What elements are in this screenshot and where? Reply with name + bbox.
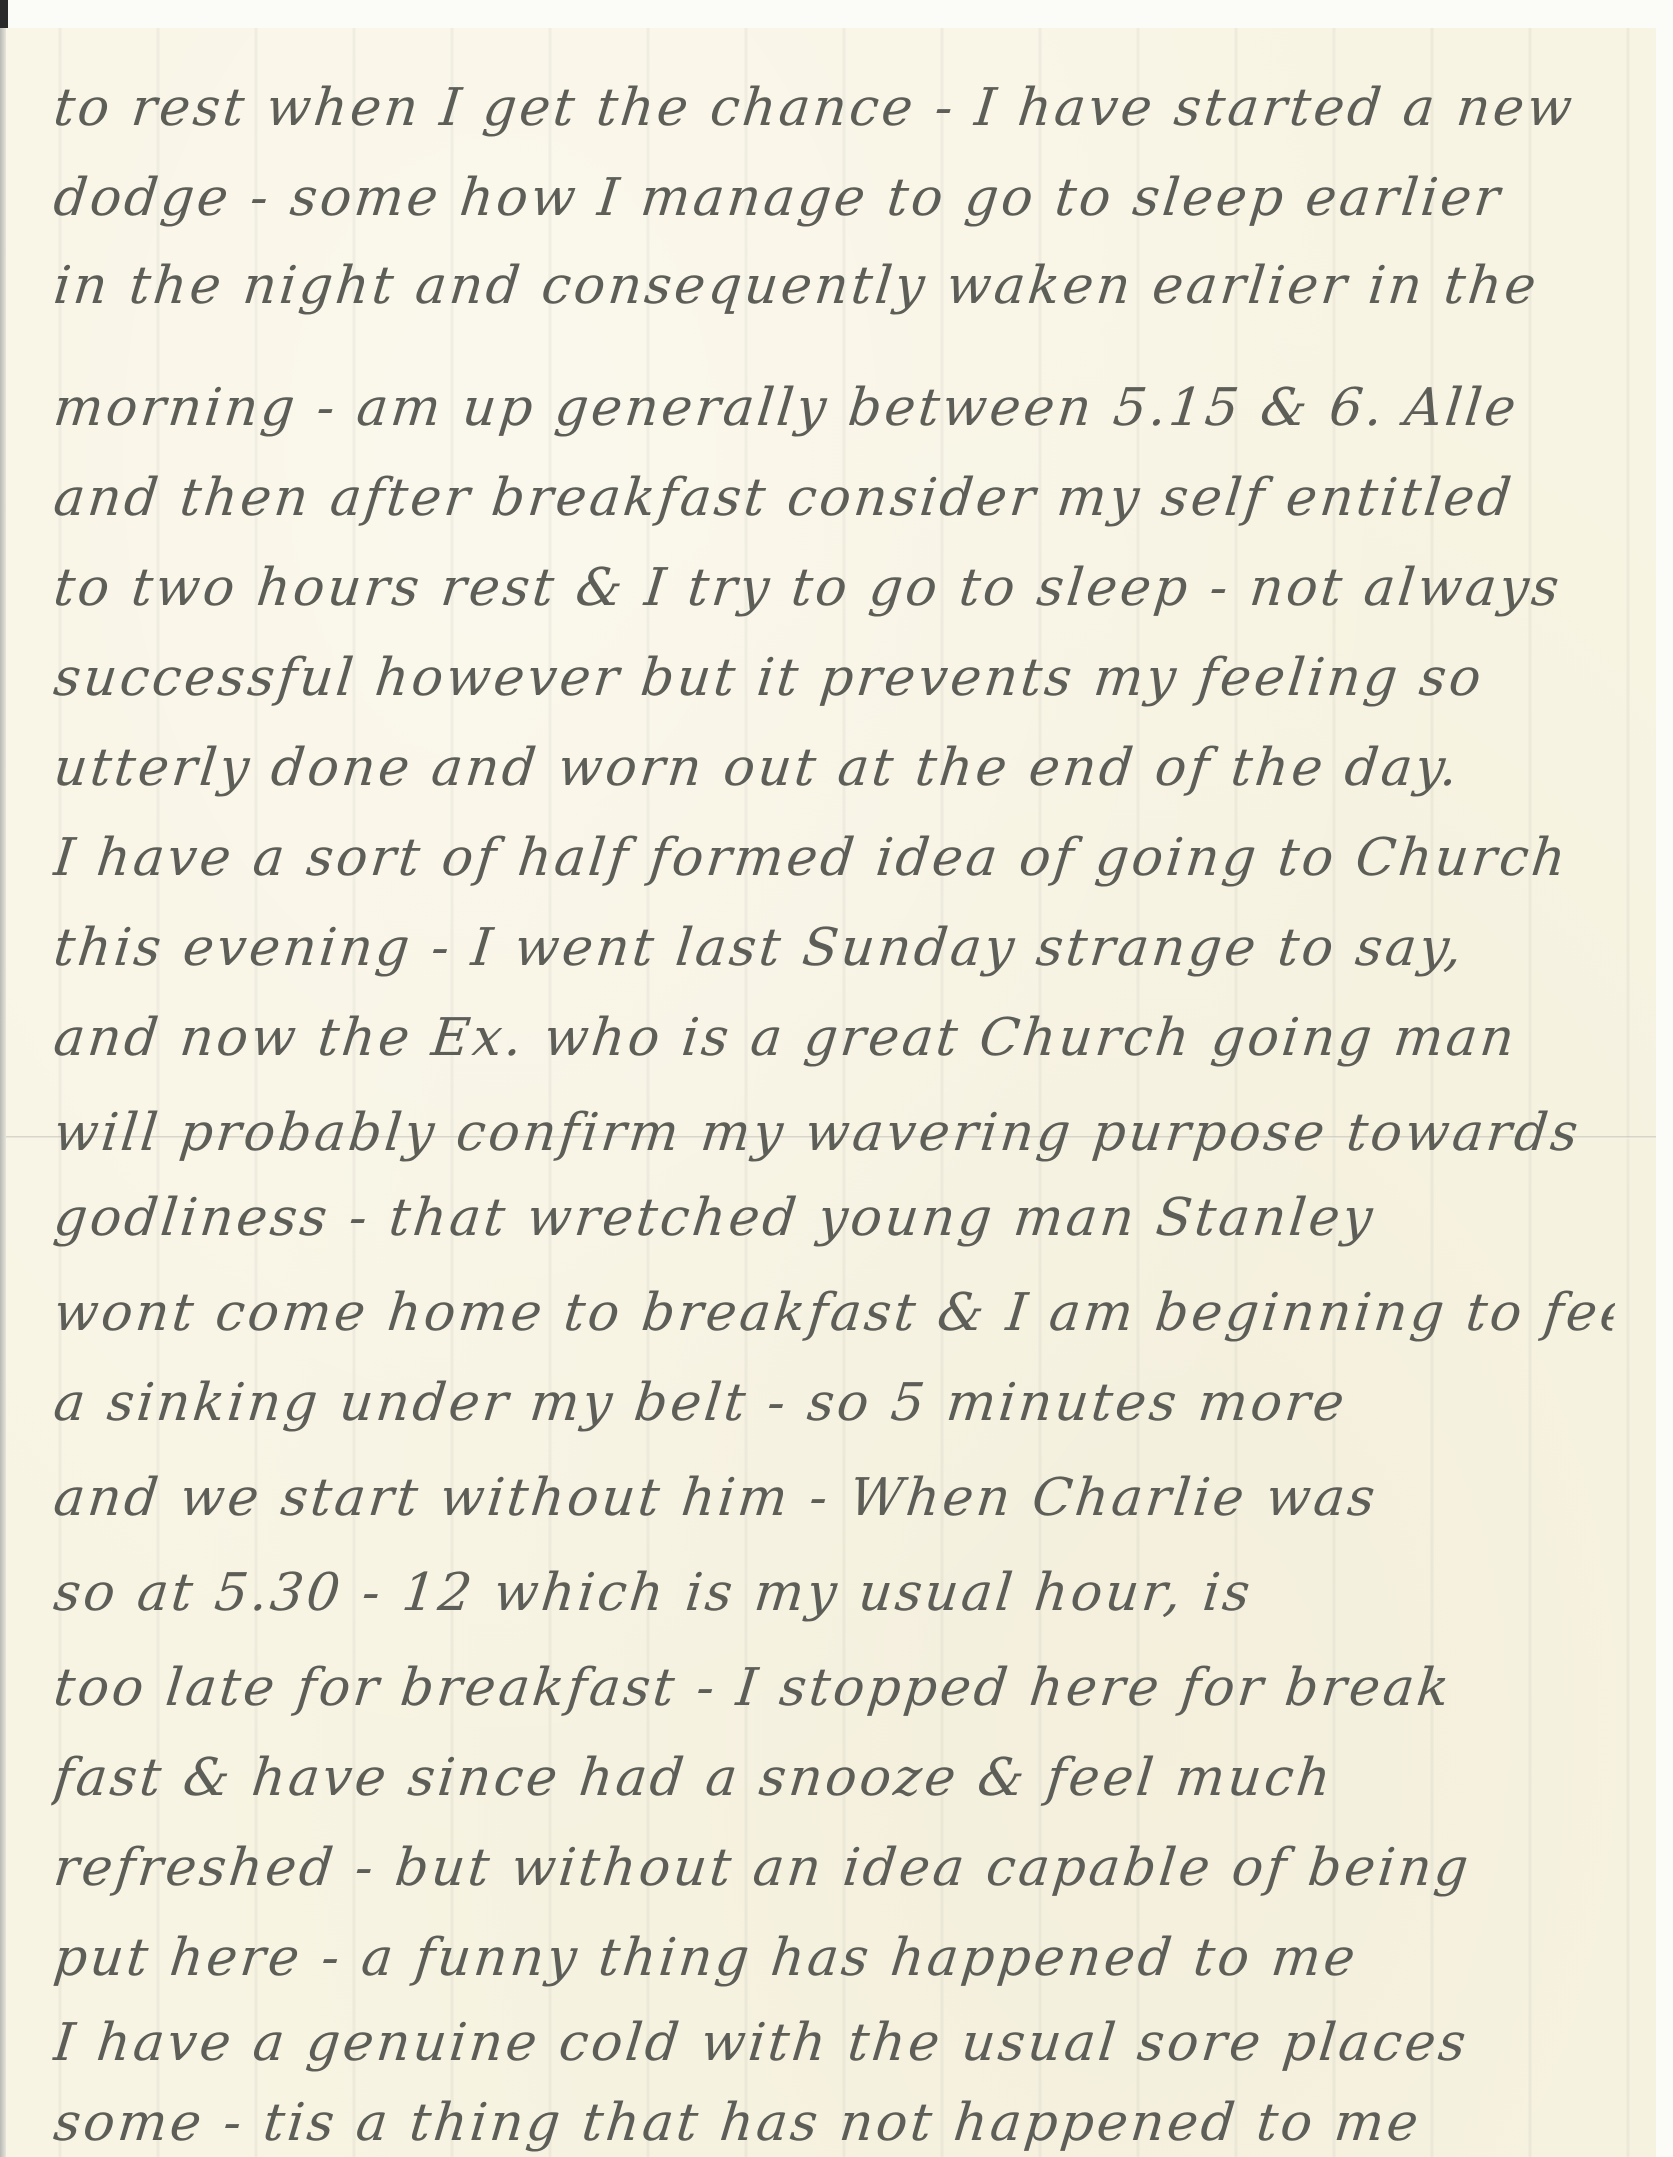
text-line: morning - am up generally between 5.15 &… xyxy=(51,378,1617,438)
text-line: refreshed - but without an idea capable … xyxy=(51,1838,1617,1898)
text-line: utterly done and worn out at the end of … xyxy=(51,738,1617,798)
text-line: wont come home to breakfast & I am begin… xyxy=(51,1283,1617,1343)
text-line: some - tis a thing that has not happened… xyxy=(51,2093,1617,2153)
text-line: this evening - I went last Sunday strang… xyxy=(51,918,1617,978)
text-line: a sinking under my belt - so 5 minutes m… xyxy=(51,1373,1617,1433)
text-line: dodge - some how I manage to go to sleep… xyxy=(51,168,1617,228)
text-line: and now the Ex. who is a great Church go… xyxy=(51,1008,1617,1068)
text-line: so at 5.30 - 12 which is my usual hour, … xyxy=(51,1563,1617,1623)
text-line: successful however but it prevents my fe… xyxy=(51,648,1617,708)
text-line: and we start without him - When Charlie … xyxy=(51,1468,1617,1528)
text-line: put here - a funny thing has happened to… xyxy=(51,1928,1617,1988)
text-line: and then after breakfast consider my sel… xyxy=(51,468,1617,528)
text-line: I have a sort of half formed idea of goi… xyxy=(51,828,1617,888)
text-line: I have a genuine cold with the usual sor… xyxy=(51,2013,1617,2073)
scan-shadow xyxy=(0,0,8,28)
text-line: to two hours rest & I try to go to sleep… xyxy=(51,558,1617,618)
text-line: godliness - that wretched young man Stan… xyxy=(51,1188,1617,1248)
text-line: will probably confirm my wavering purpos… xyxy=(51,1103,1617,1163)
text-line: fast & have since had a snooze & feel mu… xyxy=(51,1748,1617,1808)
text-line: to rest when I get the chance - I have s… xyxy=(51,78,1617,138)
text-line: too late for breakfast - I stopped here … xyxy=(51,1658,1617,1718)
letter-page: to rest when I get the chance - I have s… xyxy=(6,28,1656,2157)
text-line: in the night and consequently waken earl… xyxy=(51,256,1617,316)
scanned-letter: to rest when I get the chance - I have s… xyxy=(0,0,1673,2157)
